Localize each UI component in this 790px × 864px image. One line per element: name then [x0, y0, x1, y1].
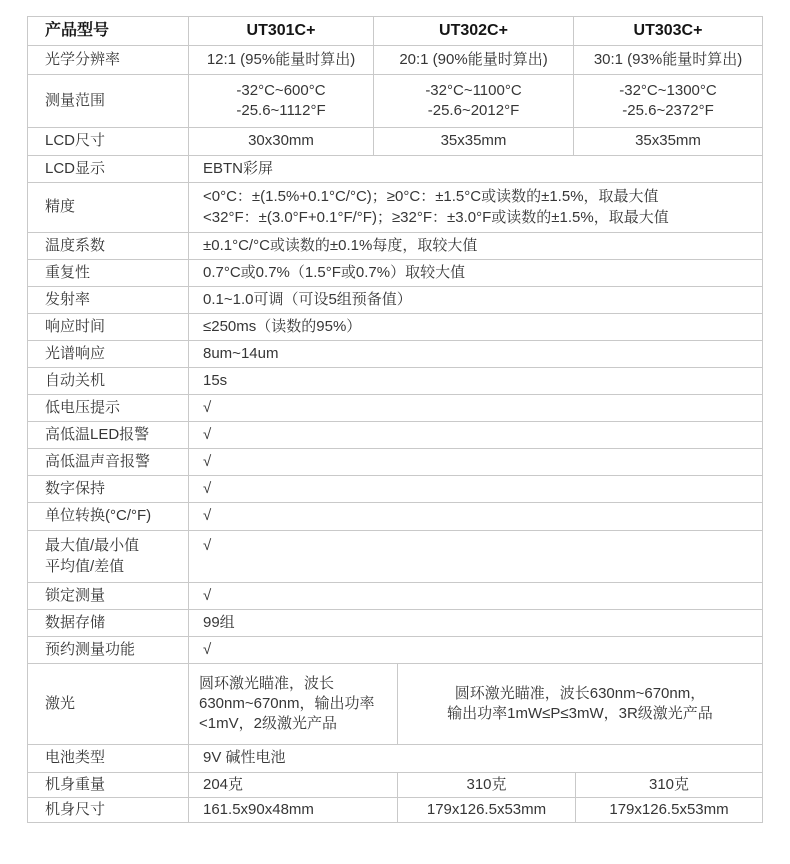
- check-mark: √: [189, 395, 762, 421]
- spec-label: 最大值/最小值 平均值/差值: [28, 531, 189, 582]
- spec-label: 温度系数: [28, 233, 189, 259]
- spec-value: -32°C~1300°C -25.6~2372°F: [574, 75, 762, 127]
- spec-value: 179x126.5x53mm: [576, 798, 762, 822]
- table-row-max-min-avg-diff: 最大值/最小值 平均值/差值 √: [28, 531, 762, 583]
- table-row-accuracy: 精度 <0°C：±(1.5%+0.1°C/°C)；≥0°C：±1.5°C或读数的…: [28, 183, 762, 233]
- spec-label: 重复性: [28, 260, 189, 286]
- spec-label: 数字保持: [28, 476, 189, 502]
- spec-value: 99组: [189, 610, 762, 636]
- spec-label: 单位转换(°C/°F): [28, 503, 189, 530]
- spec-label: 锁定测量: [28, 583, 189, 609]
- table-row-optical-resolution: 光学分辨率 12:1 (95%能量时算出) 20:1 (90%能量时算出) 30…: [28, 46, 762, 75]
- spec-value: 35x35mm: [574, 128, 762, 155]
- product-spec-table: 产品型号 UT301C+ UT302C+ UT303C+ 光学分辨率 12:1 …: [27, 16, 763, 823]
- spec-value: 0.7°C或0.7%（1.5°F或0.7%）取较大值: [189, 260, 762, 286]
- check-mark: √: [189, 531, 762, 582]
- spec-label: 精度: [28, 183, 189, 232]
- spec-value: 0.1~1.0可调（可设5组预备值）: [189, 287, 762, 313]
- spec-label: 机身重量: [28, 773, 189, 797]
- table-row-lock-measure: 锁定测量 √: [28, 583, 762, 610]
- spec-value: 204克: [189, 773, 398, 797]
- spec-label: 光学分辨率: [28, 46, 189, 74]
- spec-value: 179x126.5x53mm: [398, 798, 576, 822]
- spec-label: 低电压提示: [28, 395, 189, 421]
- spec-label: 测量范围: [28, 75, 189, 127]
- table-row-data-storage: 数据存储 99组: [28, 610, 762, 637]
- spec-value: 30:1 (93%能量时算出): [574, 46, 762, 74]
- table-row-auto-power-off: 自动关机 15s: [28, 368, 762, 395]
- table-row-repeatability: 重复性 0.7°C或0.7%（1.5°F或0.7%）取较大值: [28, 260, 762, 287]
- table-row-lcd-size: LCD尺寸 30x30mm 35x35mm 35x35mm: [28, 128, 762, 156]
- table-row-hilo-sound-alarm: 高低温声音报警 √: [28, 449, 762, 476]
- model-header-ut302c: UT302C+: [374, 17, 574, 45]
- table-row-battery-type: 电池类型 9V 碱性电池: [28, 745, 762, 773]
- spec-value: 310克: [576, 773, 762, 797]
- table-row-spectral-response: 光谱响应 8um~14um: [28, 341, 762, 368]
- table-row-low-voltage-indicator: 低电压提示 √: [28, 395, 762, 422]
- spec-label: 高低温LED报警: [28, 422, 189, 448]
- table-row-lcd-display: LCD显示 EBTN彩屏: [28, 156, 762, 183]
- model-header-ut303c: UT303C+: [574, 17, 762, 45]
- spec-label: LCD尺寸: [28, 128, 189, 155]
- spec-value: 12:1 (95%能量时算出): [189, 46, 374, 74]
- spec-value: 35x35mm: [374, 128, 574, 155]
- spec-label: 光谱响应: [28, 341, 189, 367]
- spec-label: 响应时间: [28, 314, 189, 340]
- spec-label: 发射率: [28, 287, 189, 313]
- spec-value: 310克: [398, 773, 576, 797]
- spec-value: 8um~14um: [189, 341, 762, 367]
- spec-label: 自动关机: [28, 368, 189, 394]
- spec-value: 15s: [189, 368, 762, 394]
- check-mark: √: [189, 476, 762, 502]
- table-row-scheduled-measure: 预约测量功能 √: [28, 637, 762, 664]
- spec-label: 激光: [28, 664, 189, 744]
- spec-value: <0°C：±(1.5%+0.1°C/°C)；≥0°C：±1.5°C或读数的±1.…: [189, 183, 762, 232]
- spec-value: 161.5x90x48mm: [189, 798, 398, 822]
- table-row-measure-range: 测量范围 -32°C~600°C -25.6~1112°F -32°C~1100…: [28, 75, 762, 128]
- table-row-data-hold: 数字保持 √: [28, 476, 762, 503]
- spec-label: 预约测量功能: [28, 637, 189, 663]
- model-header-ut301c: UT301C+: [189, 17, 374, 45]
- spec-value: -32°C~600°C -25.6~1112°F: [189, 75, 374, 127]
- table-header-row: 产品型号 UT301C+ UT302C+ UT303C+: [28, 17, 762, 46]
- spec-label: 高低温声音报警: [28, 449, 189, 475]
- spec-value-ut301c: 圆环激光瞄准，波长 630nm~670nm，输出功率 <1mV，2级激光产品: [189, 664, 398, 744]
- spec-value: EBTN彩屏: [189, 156, 762, 182]
- table-row-unit-switch: 单位转换(°C/°F) √: [28, 503, 762, 531]
- table-row-response-time: 响应时间 ≤250ms（读数的95%）: [28, 314, 762, 341]
- spec-value: 20:1 (90%能量时算出): [374, 46, 574, 74]
- spec-value: -32°C~1100°C -25.6~2012°F: [374, 75, 574, 127]
- spec-value: ±0.1°C/°C或读数的±0.1%每度，取较大值: [189, 233, 762, 259]
- check-mark: √: [189, 449, 762, 475]
- check-mark: √: [189, 422, 762, 448]
- table-row-body-dimensions: 机身尺寸 161.5x90x48mm 179x126.5x53mm 179x12…: [28, 798, 762, 822]
- table-row-body-weight: 机身重量 204克 310克 310克: [28, 773, 762, 798]
- spec-value: 30x30mm: [189, 128, 374, 155]
- header-label: 产品型号: [28, 17, 189, 45]
- check-mark: √: [189, 503, 762, 530]
- check-mark: √: [189, 637, 762, 663]
- table-row-hilo-led-alarm: 高低温LED报警 √: [28, 422, 762, 449]
- spec-label: LCD显示: [28, 156, 189, 182]
- table-row-emissivity: 发射率 0.1~1.0可调（可设5组预备值）: [28, 287, 762, 314]
- spec-label: 数据存储: [28, 610, 189, 636]
- check-mark: √: [189, 583, 762, 609]
- table-row-temp-coefficient: 温度系数 ±0.1°C/°C或读数的±0.1%每度，取较大值: [28, 233, 762, 260]
- table-row-laser: 激光 圆环激光瞄准，波长 630nm~670nm，输出功率 <1mV，2级激光产…: [28, 664, 762, 745]
- spec-label: 机身尺寸: [28, 798, 189, 822]
- spec-label: 电池类型: [28, 745, 189, 772]
- spec-value-ut302c-ut303c: 圆环激光瞄准，波长630nm~670nm， 输出功率1mW≤P≤3mW，3R级激…: [398, 664, 762, 744]
- spec-value: ≤250ms（读数的95%）: [189, 314, 762, 340]
- spec-value: 9V 碱性电池: [189, 745, 762, 772]
